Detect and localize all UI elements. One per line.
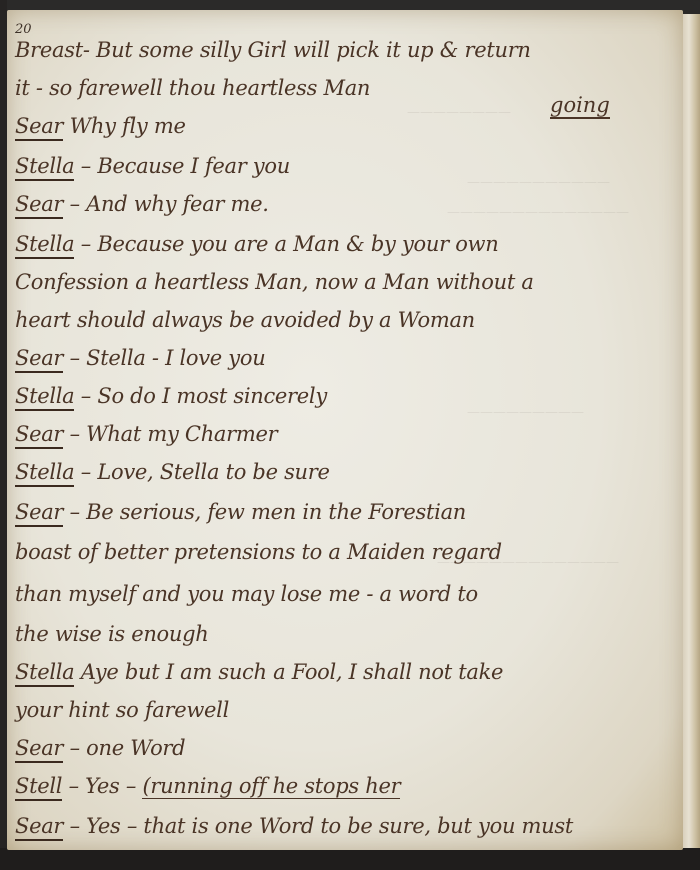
dialogue-text: And why fear me. (86, 192, 269, 216)
dialogue-text: one Word (86, 736, 185, 760)
dialogue-line: Stell – Yes – (running off he stops her (15, 774, 400, 801)
speaker-name: Stella (15, 384, 74, 411)
scan-frame-top (0, 0, 700, 10)
dialogue-line: Stella – Love, Stella to be sure (15, 460, 330, 487)
separator: – (62, 774, 85, 798)
dialogue-text: Why fly me (70, 114, 186, 138)
dialogue-line: Sear Why fly me (15, 114, 186, 141)
manuscript-line: Confession a heartless Man, now a Man wi… (15, 270, 534, 294)
separator: – (63, 500, 86, 524)
dialogue-text: Aye but I am such a Fool, I shall not ta… (81, 660, 503, 684)
separator: – (63, 346, 86, 370)
stage-direction: (running off he stops her (142, 774, 400, 799)
manuscript-line: than myself and you may lose me - a word… (15, 582, 478, 606)
speaker-name: Sear (15, 346, 63, 373)
manuscript-page: ———————— ——————————— —————————————— ————… (7, 10, 683, 850)
separator: – (63, 814, 86, 838)
stage-direction-going: going (550, 93, 610, 119)
scan-frame-bottom (0, 848, 700, 870)
line-text: boast of better pretensions to a Maiden … (15, 540, 502, 564)
separator: – (74, 460, 97, 484)
dialogue-text: Because you are a Man & by your own (97, 232, 498, 256)
speaker-name: Sear (15, 192, 63, 219)
speaker-name: Sear (15, 422, 63, 449)
line-text: heart should always be avoided by a Woma… (15, 308, 475, 332)
line-text: than myself and you may lose me - a word… (15, 582, 478, 606)
manuscript-line: heart should always be avoided by a Woma… (15, 308, 475, 332)
manuscript-line: your hint so farewell (15, 698, 229, 722)
page-edge (683, 14, 700, 850)
dialogue-line: Stella – Because you are a Man & by your… (15, 232, 498, 259)
show-through-text: ————————— (467, 405, 584, 420)
manuscript-line: it - so farewell thou heartless Man (15, 76, 370, 100)
line-text: Breast- But some silly Girl will pick it… (15, 38, 531, 62)
speaker-name: Stella (15, 660, 74, 687)
dialogue-line: Sear – Be serious, few men in the Forest… (15, 500, 466, 527)
line-text: it - so farewell thou heartless Man (15, 76, 370, 100)
dialogue-line: Sear – Stella - I love you (15, 346, 265, 373)
speaker-name: Stell (15, 774, 62, 801)
dialogue-text: Be serious, few men in the Forestian (86, 500, 466, 524)
show-through-text: —————————————— (447, 205, 629, 220)
speaker-name: Stella (15, 232, 74, 259)
separator: – (74, 384, 97, 408)
dialogue-line: Stella Aye but I am such a Fool, I shall… (15, 660, 503, 687)
manuscript-line: the wise is enough (15, 622, 209, 646)
dialogue-text: Stella - I love you (86, 346, 265, 370)
dialogue-line: Sear – one Word (15, 736, 185, 763)
line-text: your hint so farewell (15, 698, 229, 722)
dialogue-line: Stella – So do I most sincerely (15, 384, 327, 411)
manuscript-line: boast of better pretensions to a Maiden … (15, 540, 502, 564)
scan-frame-left (0, 0, 7, 870)
separator: – (74, 232, 97, 256)
speaker-name: Sear (15, 114, 63, 141)
speaker-name: Sear (15, 814, 63, 841)
speaker-name: Sear (15, 500, 63, 527)
dialogue-text: What my Charmer (86, 422, 277, 446)
dialogue-line: Sear – And why fear me. (15, 192, 269, 219)
dialogue-line: Sear – Yes – that is one Word to be sure… (15, 814, 573, 841)
separator: – (74, 154, 97, 178)
dialogue-text: Yes – (85, 774, 142, 798)
dialogue-text: Love, Stella to be sure (97, 460, 329, 484)
manuscript-line: Breast- But some silly Girl will pick it… (15, 38, 531, 62)
dialogue-text: Because I fear you (97, 154, 290, 178)
line-text: Confession a heartless Man, now a Man wi… (15, 270, 534, 294)
speaker-name: Stella (15, 154, 74, 181)
dialogue-text: Yes – that is one Word to be sure, but y… (86, 814, 573, 838)
line-text: the wise is enough (15, 622, 209, 646)
dialogue-text: So do I most sincerely (97, 384, 327, 408)
speaker-name: Sear (15, 736, 63, 763)
show-through-text: ———————— (407, 105, 511, 120)
dialogue-line: Sear – What my Charmer (15, 422, 277, 449)
page-number: 20 (15, 22, 32, 37)
separator: – (63, 422, 86, 446)
separator: – (63, 736, 86, 760)
show-through-text: ——————————— (467, 175, 610, 190)
dialogue-line: Stella – Because I fear you (15, 154, 290, 181)
speaker-name: Stella (15, 460, 74, 487)
separator: – (63, 192, 86, 216)
